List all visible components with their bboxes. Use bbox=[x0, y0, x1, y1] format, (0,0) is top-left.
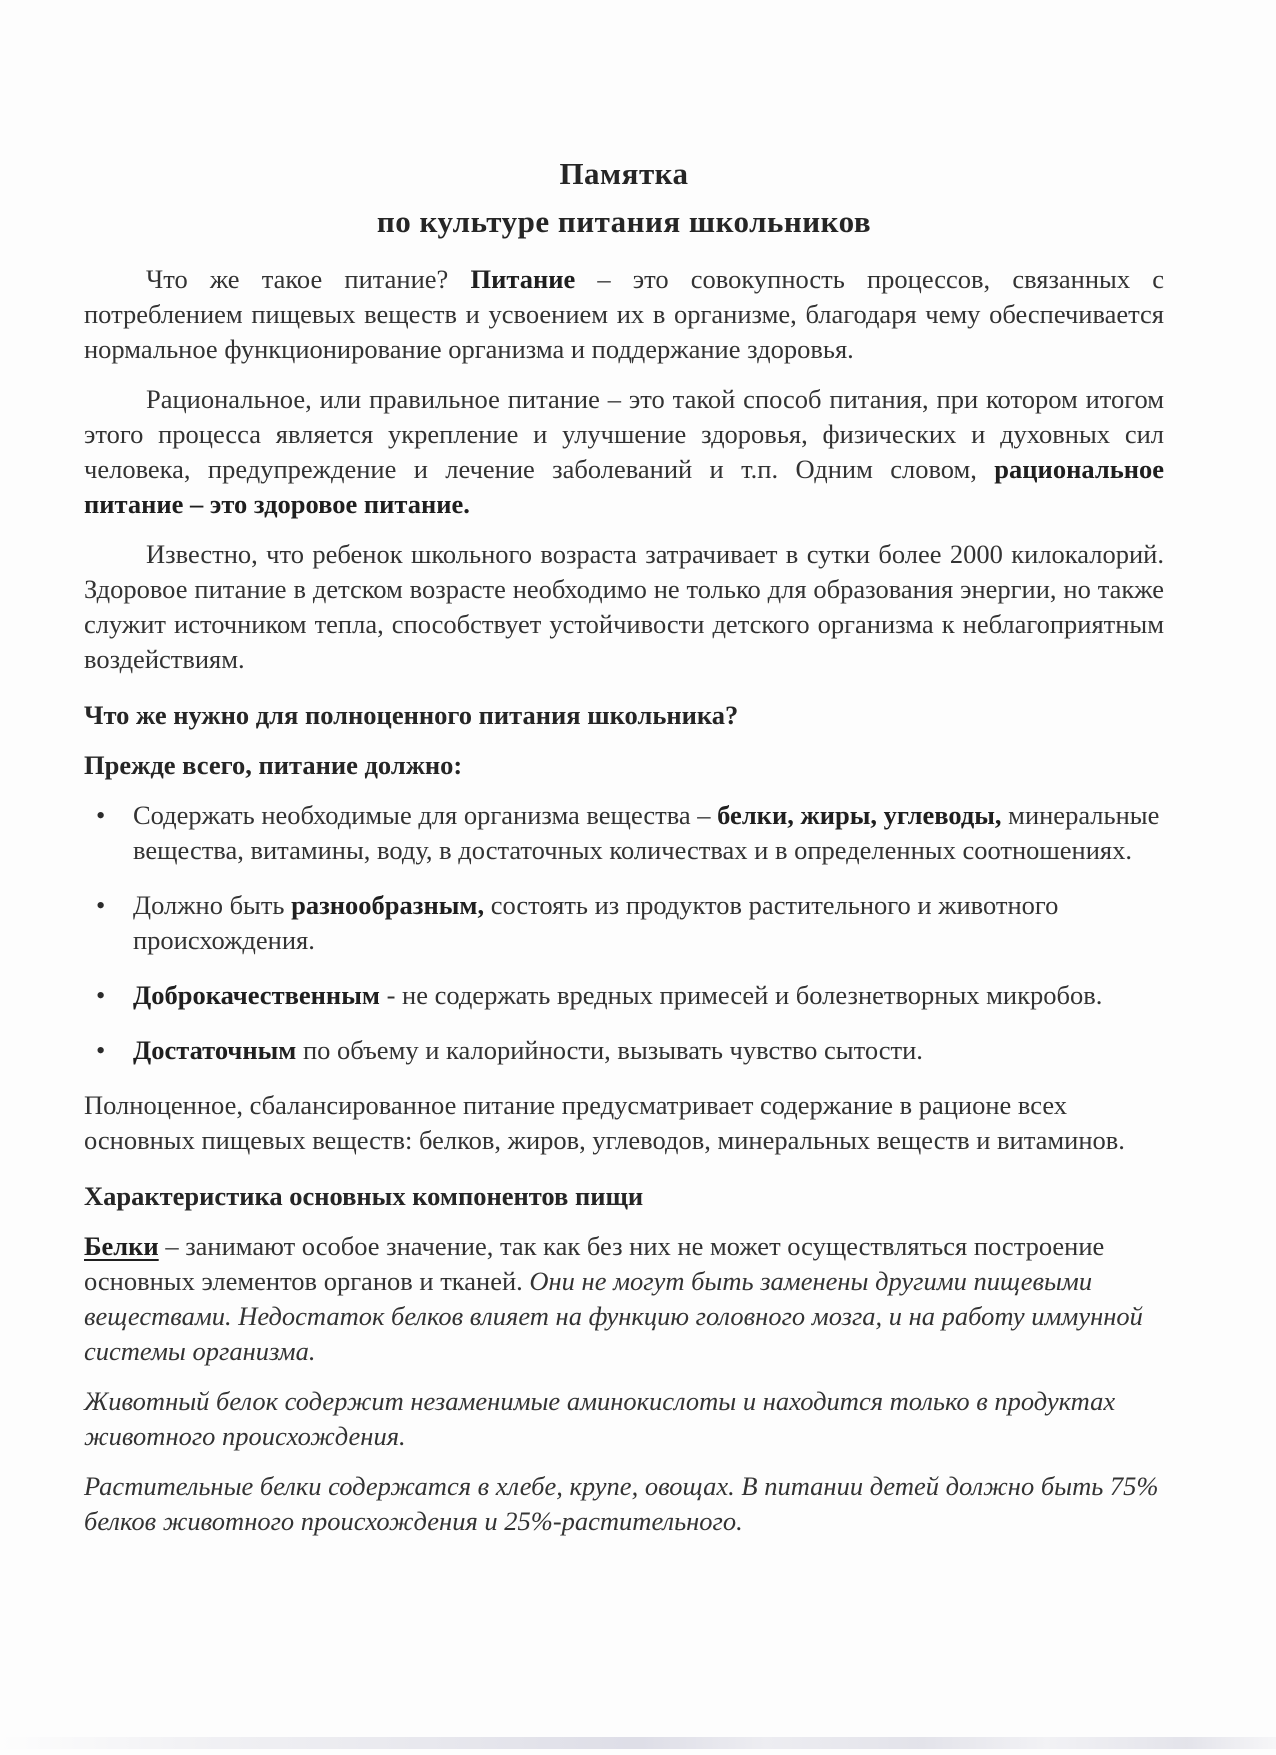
bullet-icon: • bbox=[84, 978, 133, 1013]
text-segment: - не содержать вредных примесей и болезн… bbox=[380, 980, 1102, 1010]
title-block: Памятка по культуре питания школьников bbox=[84, 150, 1164, 246]
text-segment: Должно быть bbox=[133, 890, 291, 920]
list-item: • Доброкачественным - не содержать вредн… bbox=[84, 978, 1164, 1013]
document-content: Памятка по культуре питания школьников Ч… bbox=[0, 0, 1276, 1539]
bullet-list: • Содержать необходимые для организма ве… bbox=[84, 798, 1164, 1068]
document-subtitle: по культуре питания школьников bbox=[84, 198, 1164, 246]
scan-artifact bbox=[0, 1737, 1276, 1749]
bullet-icon: • bbox=[84, 888, 133, 958]
text-segment-bold: Доброкачественным bbox=[133, 980, 380, 1010]
paragraph-animal-protein: Животный белок содержит незаменимые амин… bbox=[84, 1384, 1164, 1454]
paragraph-plant-protein: Растительные белки содержатся в хлебе, к… bbox=[84, 1469, 1164, 1539]
bullet-icon: • bbox=[84, 798, 133, 868]
text-segment-bold: разнообразным, bbox=[291, 890, 484, 920]
text-segment-bold: белки, жиры, углеводы, bbox=[717, 800, 1001, 830]
term-proteins: Белки bbox=[84, 1231, 159, 1261]
list-item: • Содержать необходимые для организма ве… bbox=[84, 798, 1164, 868]
list-item-text: Достаточным по объему и калорийности, вы… bbox=[133, 1033, 1164, 1068]
paragraph-rational: Рациональное, или правильное питание – э… bbox=[84, 382, 1164, 522]
text-segment: по объему и калорийности, вызывать чувст… bbox=[296, 1035, 923, 1065]
list-item-text: Содержать необходимые для организма веще… bbox=[133, 798, 1164, 868]
heading-mustbe: Прежде всего, питание должно: bbox=[84, 748, 1164, 783]
text-segment: Что же такое питание? bbox=[146, 264, 470, 294]
list-item: • Достаточным по объему и калорийности, … bbox=[84, 1033, 1164, 1068]
heading-components: Характеристика основных компонентов пищи bbox=[84, 1179, 1164, 1214]
list-item-text: Должно быть разнообразным, состоять из п… bbox=[133, 888, 1164, 958]
heading-question: Что же нужно для полноценного питания шк… bbox=[84, 698, 1164, 733]
paragraph-balanced: Полноценное, сбалансированное питание пр… bbox=[84, 1088, 1164, 1158]
text-segment-bold: Достаточным bbox=[133, 1035, 296, 1065]
paragraph-definition: Что же такое питание? Питание – это сово… bbox=[84, 262, 1164, 367]
bullet-icon: • bbox=[84, 1033, 133, 1068]
list-item-text: Доброкачественным - не содержать вредных… bbox=[133, 978, 1164, 1013]
list-item: • Должно быть разнообразным, состоять из… bbox=[84, 888, 1164, 958]
scanned-page: Памятка по культуре питания школьников Ч… bbox=[0, 0, 1276, 1755]
text-segment-bold: Питание bbox=[470, 264, 575, 294]
document-title: Памятка bbox=[84, 150, 1164, 198]
paragraph-proteins: Белки – занимают особое значение, так ка… bbox=[84, 1229, 1164, 1369]
text-segment: Содержать необходимые для организма веще… bbox=[133, 800, 717, 830]
paragraph-calories: Известно, что ребенок школьного возраста… bbox=[84, 537, 1164, 677]
